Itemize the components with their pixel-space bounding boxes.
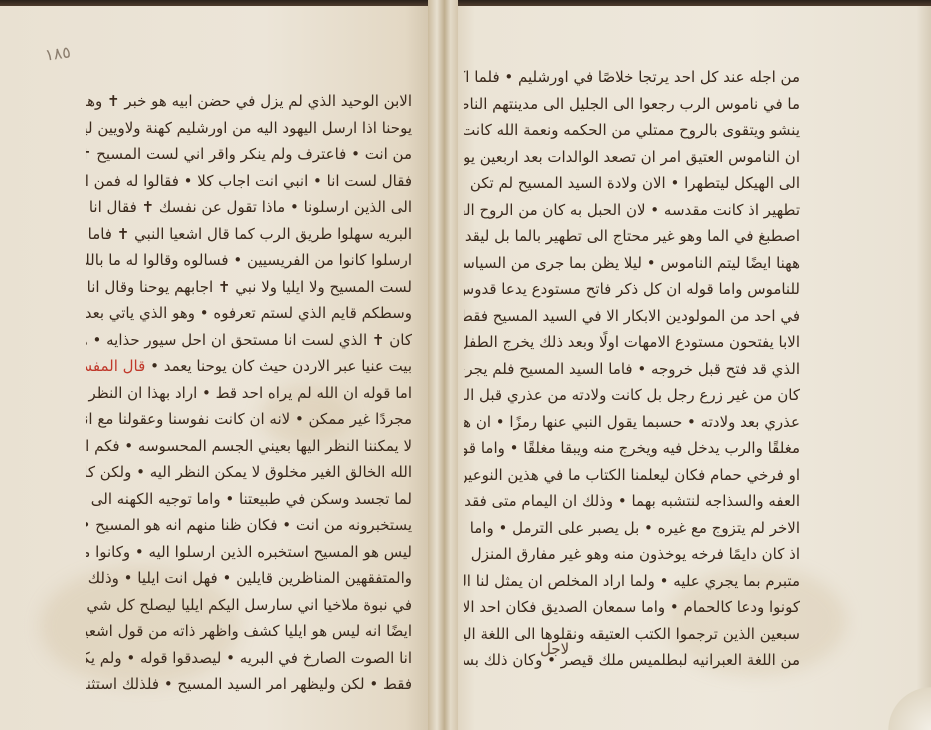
- manuscript-line: في نبوة ملاخيا اني سارسل اليكم ايليا ليص…: [86, 592, 412, 619]
- line-text: البريه سهلوا طريق الرب كما قال اشعيا الن…: [86, 225, 412, 243]
- line-text: سبعين الذين ترجموا الكتب العتيقه ونقلوها…: [464, 625, 800, 643]
- line-text: انا الصوت الصارخ في البريه • ليصدقوا قول…: [86, 649, 412, 667]
- line-text: او فرخي حمام فكان ليعلمنا الكتاب ما في ه…: [464, 466, 800, 484]
- line-text: عذري بعد ولادته • حسبما يقول النبي عنها …: [464, 413, 800, 431]
- line-text: اذ كان دايمًا فرخه يوخذون منه وهو غير مف…: [464, 545, 800, 563]
- manuscript-line: فقط • لكن وليظهر امر السيد المسيح • فلذل…: [86, 671, 412, 698]
- manuscript-line: ان الناموس العتيق امر ان تصعد الوالدات ب…: [464, 144, 800, 171]
- manuscript-line: كان من غير زرع رجل بل كانت ولادته من عذر…: [464, 382, 800, 409]
- line-text: يستخبرونه من انت • فكان ظنا منهم انه هو …: [86, 516, 412, 534]
- manuscript-line: والمتفقهين المناظرين قايلين • فهل انت اي…: [86, 565, 412, 592]
- line-text: الى الهيكل ليتطهرا • الان ولادة السيد ال…: [464, 174, 800, 192]
- line-text: والمتفقهين المناظرين قايلين • فهل انت اي…: [86, 569, 412, 587]
- manuscript-line: كان ✝ الذي لست انا مستحق ان احل سيور حذا…: [86, 327, 412, 354]
- manuscript-spread: ١٨٥ الابن الوحيد الذي لم يزل في حضن ابيه…: [0, 0, 931, 730]
- manuscript-line: ايضًا انه ليس هو ايليا كشف واظهر ذاته من…: [86, 618, 412, 645]
- manuscript-line: سبعين الذين ترجموا الكتب العتيقه ونقلوها…: [464, 621, 800, 648]
- manuscript-line: كونوا ودعا كالحمام • واما سمعان الصديق ف…: [464, 594, 800, 621]
- line-text: مغلقًا والرب يدخل فيه ويخرج منه ويبقا مغ…: [464, 439, 800, 457]
- line-text: بيت عنيا عبر الاردن حيث كان يوحنا يعمد •: [150, 357, 412, 375]
- line-text: كان من غير زرع رجل بل كانت ولادته من عذر…: [464, 386, 800, 404]
- line-text: كونوا ودعا كالحمام • واما سمعان الصديق ف…: [464, 598, 800, 616]
- line-text: في احد من المولودين الابكار الا في السيد…: [464, 307, 800, 325]
- manuscript-line: لما تجسد وسكن في طبيعتنا • واما توجيه ال…: [86, 486, 412, 513]
- manuscript-line: في احد من المولودين الابكار الا في السيد…: [464, 303, 800, 330]
- line-text: اما قوله ان الله لم يراه احد قط • اراد ب…: [86, 384, 412, 402]
- manuscript-line: ينشو ويتقوى بالروح ممتلي من الحكمه ونعمة…: [464, 117, 800, 144]
- manuscript-line: الى الذين ارسلونا • ماذا تقول عن نفسك ✝ …: [86, 194, 412, 221]
- right-text-block: من اجله عند كل احد يرتجا خلاصًا في اورشل…: [464, 64, 800, 674]
- manuscript-line: الذي قد فتح قبل خروجه • فاما السيد المسي…: [464, 356, 800, 383]
- manuscript-line: مجردًا غير ممكن • لانه ان كانت نفوسنا وع…: [86, 406, 412, 433]
- manuscript-line: لا يمكننا النظر اليها بعيني الجسم المحسو…: [86, 433, 412, 460]
- manuscript-line: من اجله عند كل احد يرتجا خلاصًا في اورشل…: [464, 64, 800, 91]
- line-text: ايضًا انه ليس هو ايليا كشف واظهر ذاته من…: [86, 622, 412, 640]
- line-text: اصطبغ في الما وهو غير محتاج الى تطهير با…: [464, 227, 800, 245]
- line-text: ينشو ويتقوى بالروح ممتلي من الحكمه ونعمة…: [464, 121, 800, 139]
- manuscript-line: اما قوله ان الله لم يراه احد قط • اراد ب…: [86, 380, 412, 407]
- manuscript-line: تطهير اذ كانت مقدسه • لان الحبل به كان م…: [464, 197, 800, 224]
- line-text: تطهير اذ كانت مقدسه • لان الحبل به كان م…: [464, 201, 800, 219]
- line-text: فقط • لكن وليظهر امر السيد المسيح • فلذل…: [86, 675, 412, 693]
- manuscript-line: الابا يفتحون مستودع الامهات اولًا وبعد ذ…: [464, 329, 800, 356]
- manuscript-line: او فرخي حمام فكان ليعلمنا الكتاب ما في ه…: [464, 462, 800, 489]
- line-text: للناموس واما قوله ان كل ذكر فاتح مستودع …: [464, 280, 800, 298]
- manuscript-line: العفه والسذاجه لنتشبه بهما • وذلك ان الي…: [464, 488, 800, 515]
- line-text: ان الناموس العتيق امر ان تصعد الوالدات ب…: [464, 148, 800, 166]
- line-text: الابن الوحيد الذي لم يزل في حضن ابيه هو …: [86, 92, 412, 110]
- manuscript-line: عذري بعد ولادته • حسبما يقول النبي عنها …: [464, 409, 800, 436]
- folded-corner: [871, 682, 931, 730]
- line-text: العفه والسذاجه لنتشبه بهما • وذلك ان الي…: [464, 492, 800, 510]
- line-text: الابا يفتحون مستودع الامهات اولًا وبعد ذ…: [464, 333, 800, 351]
- manuscript-line: من اللغة العبرانيه لبطلميس ملك قيصر • وك…: [464, 647, 800, 674]
- line-text: ههنا ايضًا ليتم الناموس • ليلا يظن بما ج…: [464, 254, 800, 272]
- manuscript-line: الى الهيكل ليتطهرا • الان ولادة السيد ال…: [464, 170, 800, 197]
- line-text: من اجله عند كل احد يرتجا خلاصًا في اورشل…: [464, 68, 800, 86]
- line-text: من اللغة العبرانيه لبطلميس ملك قيصر • وك…: [464, 651, 800, 669]
- line-text: متبرم بما يجري عليه • ولما اراد المخلص ا…: [464, 572, 800, 590]
- line-text: الله الخالق الغير مخلوق لا يمكن النظر ال…: [86, 463, 412, 481]
- manuscript-line: ما في ناموس الرب رجعوا الى الجليل الى مد…: [464, 91, 800, 118]
- manuscript-line: يوحنا اذا ارسل اليهود اليه من اورشليم كه…: [86, 115, 412, 142]
- manuscript-line: الله الخالق الغير مخلوق لا يمكن النظر ال…: [86, 459, 412, 486]
- line-text: لا يمكننا النظر اليها بعيني الجسم المحسو…: [86, 437, 412, 455]
- line-text: وسطكم قايم الذي لستم تعرفوه • وهو الذي ي…: [86, 304, 412, 322]
- line-text: الى الذين ارسلونا • ماذا تقول عن نفسك ✝ …: [86, 198, 412, 216]
- manuscript-line: فقال لست انا • انبي انت اجاب كلا • فقالو…: [86, 168, 412, 195]
- line-text: ارسلوا كانوا من الفريسيين • فسالوه وقالو…: [86, 251, 412, 269]
- line-text: يوحنا اذا ارسل اليهود اليه من اورشليم كه…: [86, 119, 412, 137]
- manuscript-line: لست المسيح ولا ايليا ولا نبي ✝ اجابهم يو…: [86, 274, 412, 301]
- manuscript-line: بيت عنيا عبر الاردن حيث كان يوحنا يعمد •…: [86, 353, 412, 380]
- manuscript-line: من انت • فاعترف ولم ينكر واقر اني لست ال…: [86, 141, 412, 168]
- manuscript-line: ارسلوا كانوا من الفريسيين • فسالوه وقالو…: [86, 247, 412, 274]
- line-text: ما في ناموس الرب رجعوا الى الجليل الى مد…: [464, 95, 800, 113]
- folio-number: ١٨٥: [44, 42, 72, 64]
- manuscript-line: متبرم بما يجري عليه • ولما اراد المخلص ا…: [464, 568, 800, 595]
- manuscript-line: اصطبغ في الما وهو غير محتاج الى تطهير با…: [464, 223, 800, 250]
- line-text: مجردًا غير ممكن • لانه ان كانت نفوسنا وع…: [86, 410, 412, 428]
- line-text: فقال لست انا • انبي انت اجاب كلا • فقالو…: [86, 172, 412, 190]
- manuscript-line: الابن الوحيد الذي لم يزل في حضن ابيه هو …: [86, 88, 412, 115]
- gutter-fold: [428, 0, 458, 730]
- line-text: من انت • فاعترف ولم ينكر واقر اني لست ال…: [86, 145, 412, 163]
- left-text-block: الابن الوحيد الذي لم يزل في حضن ابيه هو …: [86, 88, 412, 698]
- line-text: في نبوة ملاخيا اني سارسل اليكم ايليا ليص…: [86, 596, 412, 614]
- manuscript-line: البريه سهلوا طريق الرب كما قال اشعيا الن…: [86, 221, 412, 248]
- line-text: كان ✝ الذي لست انا مستحق ان احل سيور حذا…: [86, 331, 412, 349]
- catchword: لاجل: [540, 640, 569, 658]
- line-text: ليس هو المسيح استخبره الذين ارسلوا اليه …: [86, 543, 412, 561]
- manuscript-line: انا الصوت الصارخ في البريه • ليصدقوا قول…: [86, 645, 412, 672]
- manuscript-line: ههنا ايضًا ليتم الناموس • ليلا يظن بما ج…: [464, 250, 800, 277]
- manuscript-line: ليس هو المسيح استخبره الذين ارسلوا اليه …: [86, 539, 412, 566]
- rubric-heading: قال المفسر: [86, 357, 145, 375]
- manuscript-line: اذ كان دايمًا فرخه يوخذون منه وهو غير مف…: [464, 541, 800, 568]
- line-text: لما تجسد وسكن في طبيعتنا • واما توجيه ال…: [86, 490, 412, 508]
- manuscript-line: مغلقًا والرب يدخل فيه ويخرج منه ويبقا مغ…: [464, 435, 800, 462]
- line-text: لست المسيح ولا ايليا ولا نبي ✝ اجابهم يو…: [86, 278, 412, 296]
- manuscript-line: الاخر لم يتزوج مع غيره • بل يصبر على الت…: [464, 515, 800, 542]
- manuscript-line: للناموس واما قوله ان كل ذكر فاتح مستودع …: [464, 276, 800, 303]
- manuscript-line: وسطكم قايم الذي لستم تعرفوه • وهو الذي ي…: [86, 300, 412, 327]
- manuscript-line: يستخبرونه من انت • فكان ظنا منهم انه هو …: [86, 512, 412, 539]
- line-text: الاخر لم يتزوج مع غيره • بل يصبر على الت…: [464, 519, 800, 537]
- line-text: الذي قد فتح قبل خروجه • فاما السيد المسي…: [464, 360, 800, 378]
